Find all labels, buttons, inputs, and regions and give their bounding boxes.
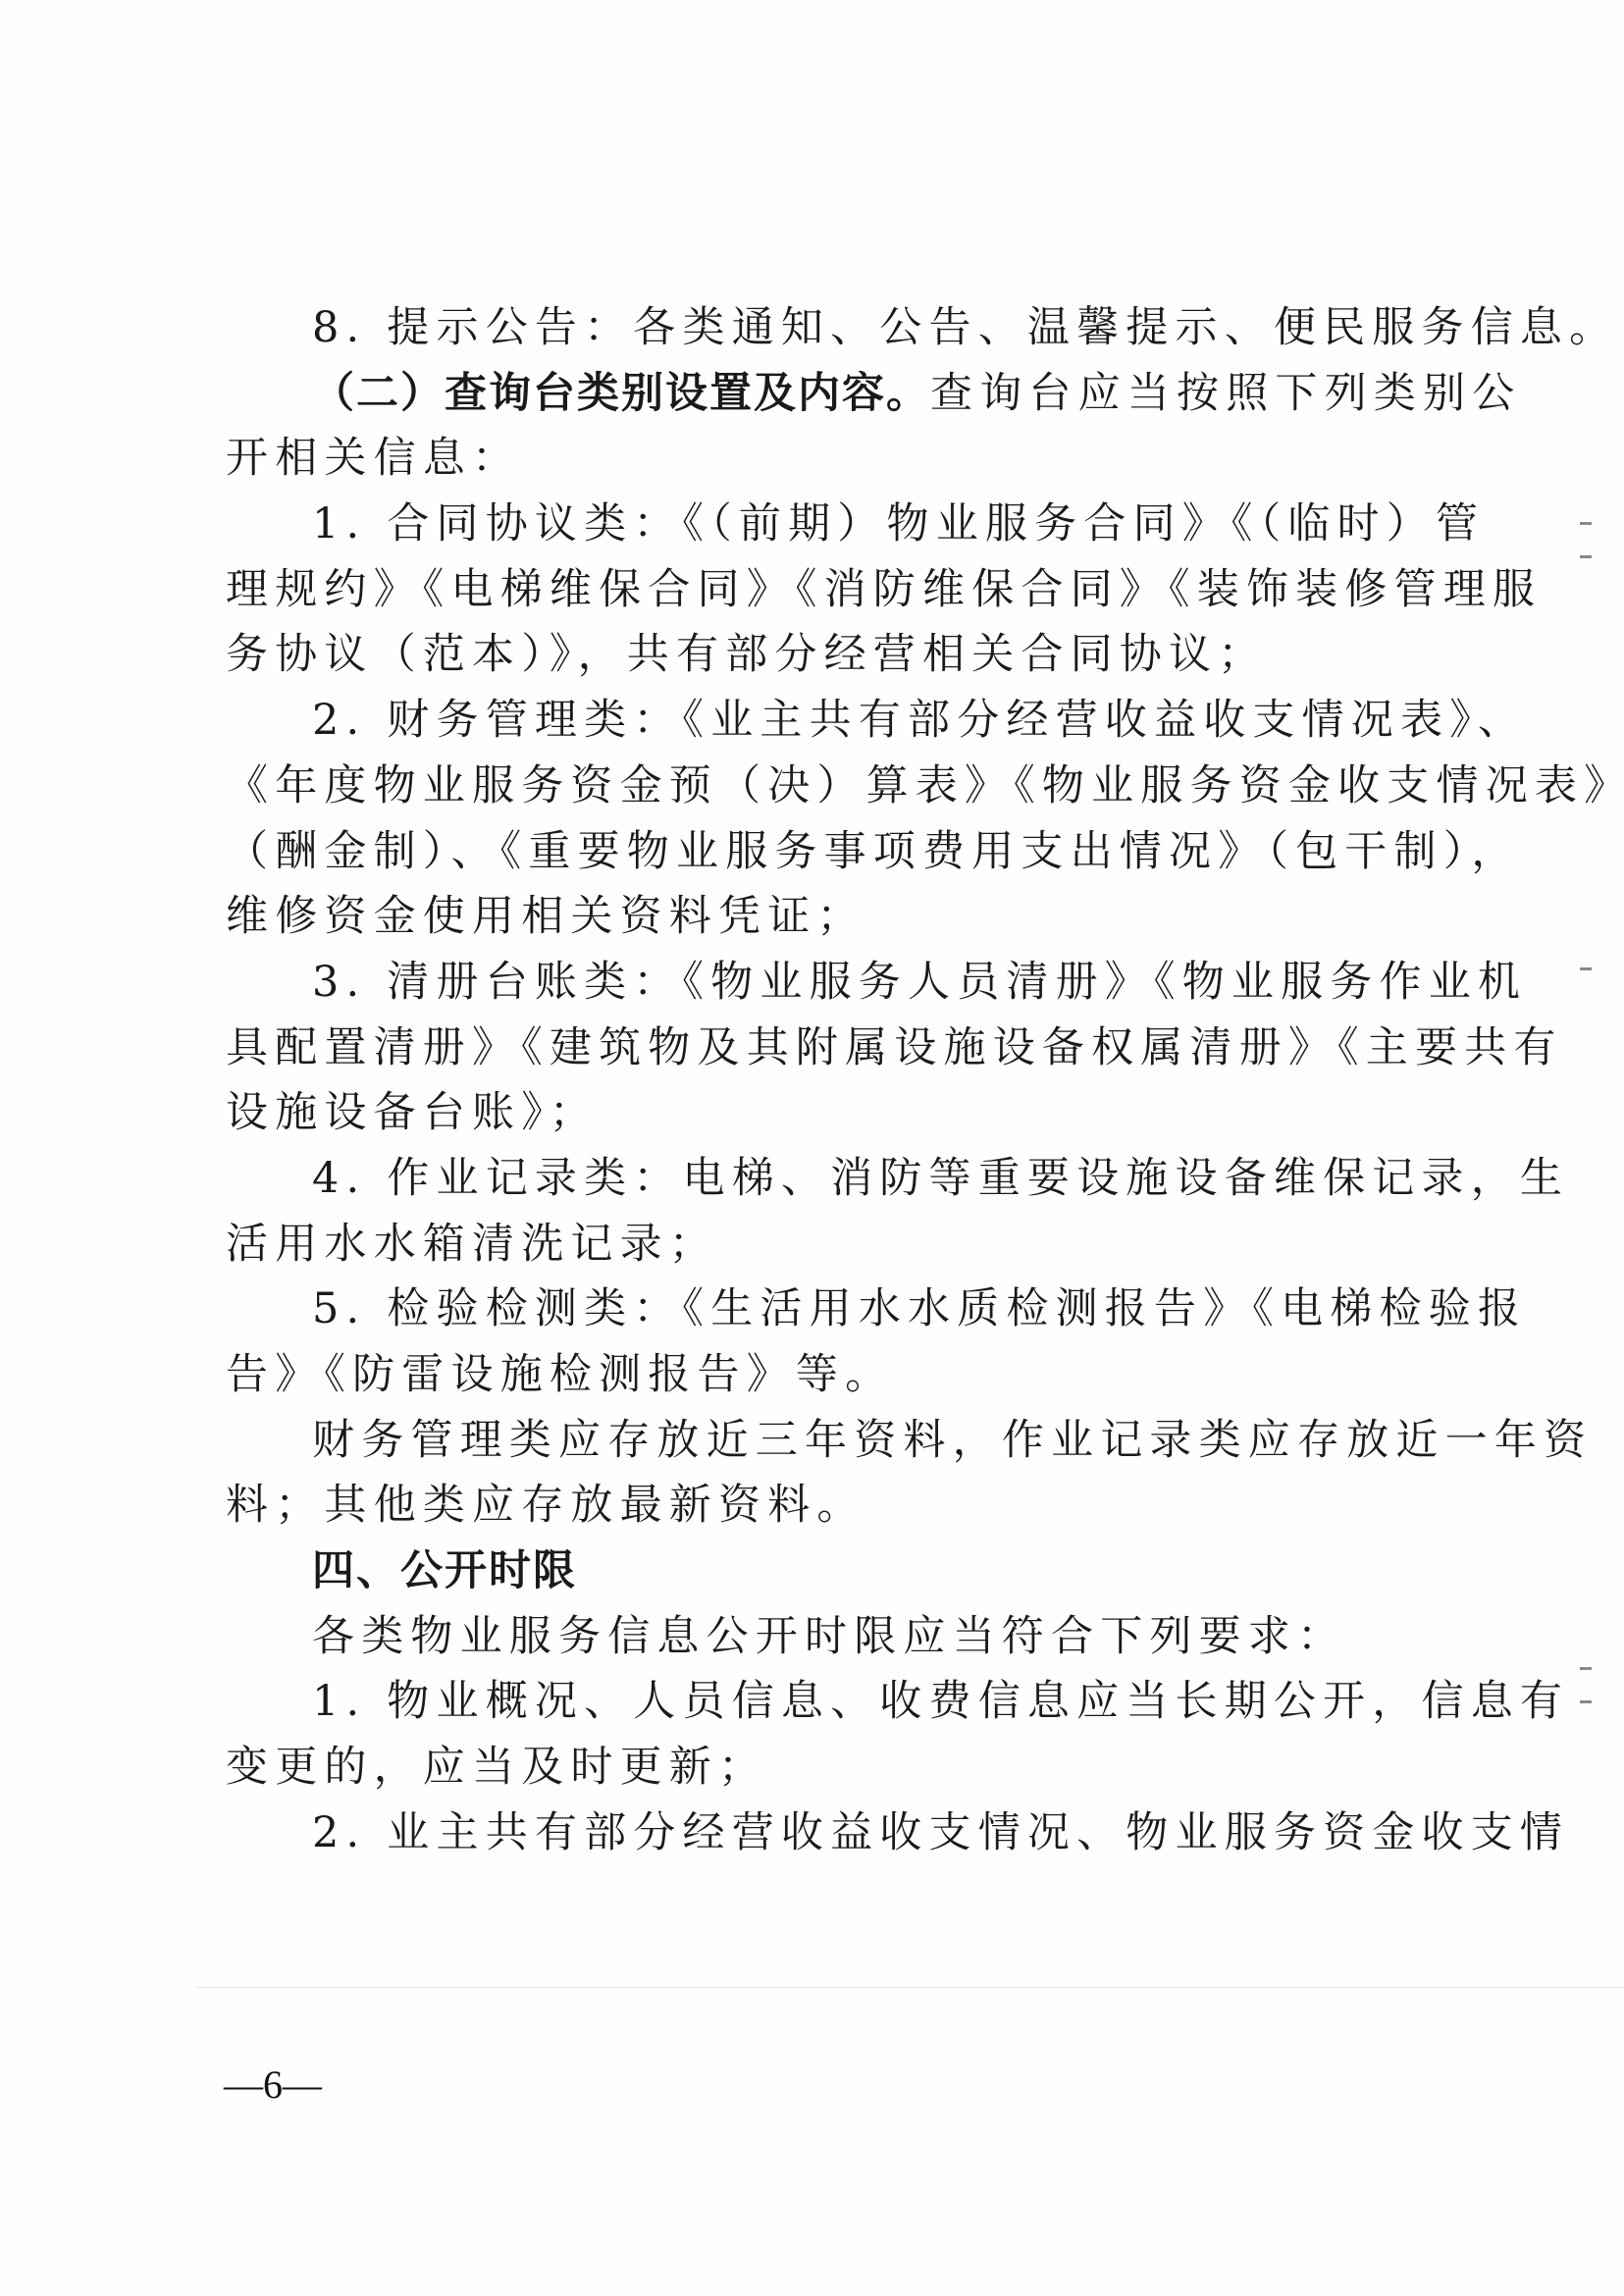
paragraph-line: 8. 提示公告：各类通知、公告、温馨提示、便民服务信息。: [226, 295, 1435, 361]
paragraph-line: 料；其他类应存放最新资料。: [226, 1473, 1435, 1539]
paragraph-line: 《年度物业服务资金预（决）算表》《物业服务资金收支情况表》: [226, 754, 1435, 819]
edge-mark: [1580, 522, 1592, 525]
paragraph-line: 3. 清册台账类：《物业服务人员清册》《物业服务作业机: [226, 950, 1435, 1016]
paragraph-line: 4. 作业记录类：电梯、消防等重要设施设备维保记录，生: [226, 1146, 1435, 1212]
paragraph-line: 变更的，应当及时更新；: [226, 1735, 1435, 1800]
edge-mark: [1580, 1700, 1592, 1703]
paragraph-line: （二）查询台类别设置及内容。查询台应当按照下列类别公: [226, 361, 1435, 427]
paragraph-line: 1. 物业概况、人员信息、收费信息应当长期公开，信息有: [226, 1669, 1435, 1735]
document-body: 8. 提示公告：各类通知、公告、温馨提示、便民服务信息。 （二）查询台类别设置及…: [226, 295, 1435, 1866]
page-number: —6—: [224, 2061, 322, 2110]
paragraph-line: 开相关信息：: [226, 426, 1435, 492]
paragraph-line: 2. 财务管理类：《业主共有部分经营收益收支情况表》、: [226, 688, 1435, 754]
document-page: 8. 提示公告：各类通知、公告、温馨提示、便民服务信息。 （二）查询台类别设置及…: [0, 0, 1624, 2296]
scan-artifact-line: [196, 1987, 1624, 1988]
edge-mark: [1580, 555, 1592, 558]
paragraph-line: （酬金制）、《重要物业服务事项费用支出情况》（包干制），: [226, 819, 1435, 885]
paragraph-line: 各类物业服务信息公开时限应当符合下列要求：: [226, 1604, 1435, 1670]
paragraph-line: 务协议（范本）》，共有部分经营相关合同协议；: [226, 622, 1435, 688]
paragraph-line: 具配置清册》《建筑物及其附属设施设备权属清册》《主要共有: [226, 1016, 1435, 1081]
edge-mark: [1580, 967, 1592, 970]
line-text: 查询台应当按照下列类别公: [930, 369, 1521, 418]
paragraph-line: 5. 检验检测类：《生活用水水质检测报告》《电梯检验报: [226, 1277, 1435, 1342]
paragraph-line: 2. 业主共有部分经营收益收支情况、物业服务资金收支情: [226, 1800, 1435, 1866]
edge-mark: [1580, 1667, 1592, 1670]
paragraph-line: 设施设备台账》；: [226, 1080, 1435, 1146]
paragraph-line: 活用水水箱清洗记录；: [226, 1212, 1435, 1278]
paragraph-line: 理规约》《电梯维保合同》《消防维保合同》《装饰装修管理服: [226, 557, 1435, 623]
paragraph-line: 维修资金使用相关资料凭证；: [226, 884, 1435, 950]
section-subheading: （二）查询台类别设置及内容。: [312, 369, 930, 418]
paragraph-line: 财务管理类应存放近三年资料，作业记录类应存放近一年资: [226, 1408, 1435, 1474]
paragraph-line: 告》《防雷设施检测报告》等。: [226, 1342, 1435, 1408]
section-heading: 四、公开时限: [226, 1539, 1435, 1604]
paragraph-line: 1. 合同协议类：《（前期）物业服务合同》《（临时）管: [226, 492, 1435, 557]
